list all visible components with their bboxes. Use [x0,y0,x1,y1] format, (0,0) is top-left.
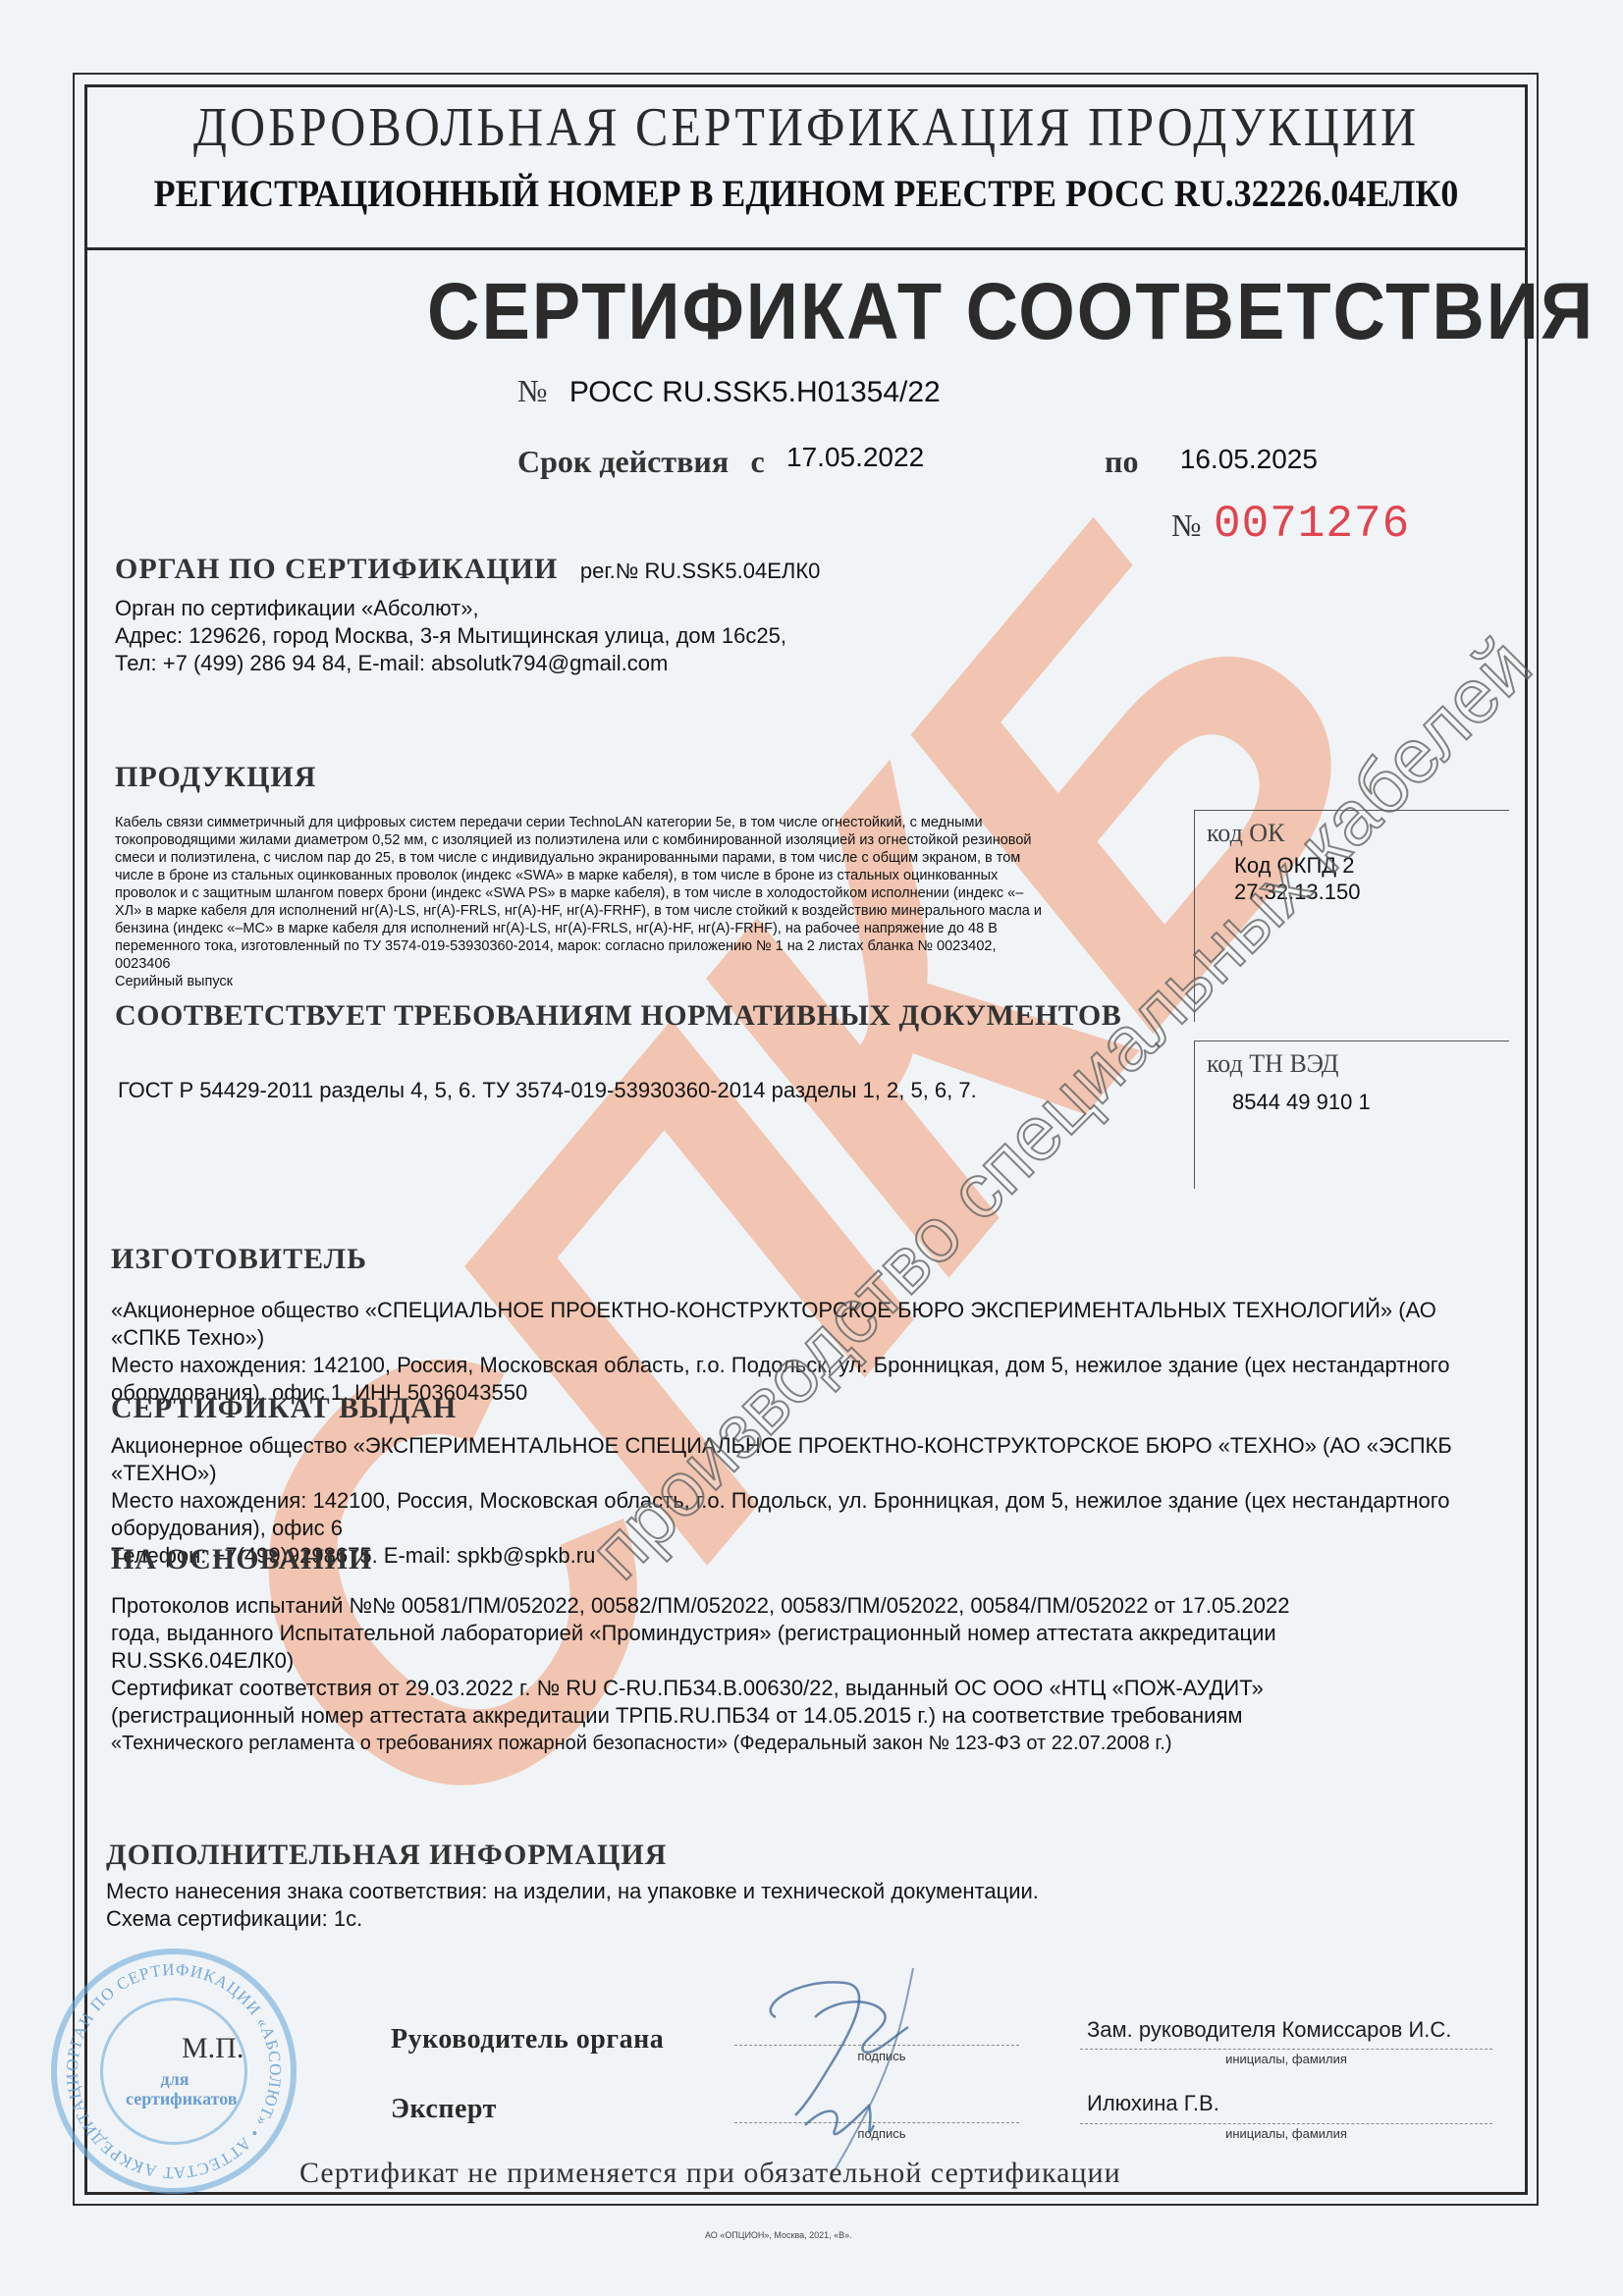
blank-number-sign: № [1171,507,1202,543]
validity-row: Срок действия с 17.05.2022 [517,444,924,480]
manufacturer-details: «Акционерное общество «СПЕЦИАЛЬНОЕ ПРОЕК… [111,1297,1505,1407]
header-divider [84,247,1528,250]
product-line: бензина (индекс «–МС» в марке кабеля для… [115,920,1195,937]
product-line: смеси и полиэтилена, с числом пар до 25,… [115,849,1195,867]
okpd2-value: 27.32.13.150 [1234,879,1509,905]
certification-body-section: ОРГАН ПО СЕРТИФИКАЦИИ рег.№ RU.SSK5.04ЕЛ… [115,553,820,586]
product-heading: ПРОДУКЦИЯ [115,761,316,794]
expert-name-caption: инициалы, фамилия [1178,2126,1394,2141]
product-line: проволок и с защитным шлангом поверх бро… [115,884,1195,902]
certification-body-details: Орган по сертификации «Абсолют», Адрес: … [115,595,786,677]
validity-to-label: по [1105,444,1138,479]
ok-code-caption: код ОК [1207,819,1509,848]
signature-scribble-icon [736,1958,992,2184]
expert-label: Эксперт [391,2094,497,2125]
issued-to-line: Место нахождения: 142100, Россия, Москов… [111,1487,1525,1515]
additional-info-line: Место нанесения знака соответствия: на и… [106,1878,1039,1905]
head-of-body-label: Руководитель органа [391,2024,664,2056]
head-name-line [1080,2049,1492,2050]
certification-body-heading: ОРГАН ПО СЕРТИФИКАЦИИ [115,553,558,585]
validity-label: Срок действия [517,444,729,479]
basis-line: (регистрационный номер аттестата аккреди… [111,1702,1505,1730]
validity-to: по 16.05.2025 [1105,444,1318,480]
conformity-heading: СООТВЕТСТВУЕТ ТРЕБОВАНИЯМ НОРМАТИВНЫХ ДО… [115,999,1121,1033]
tnved-caption: код ТН ВЭД [1207,1049,1509,1079]
valid-to-date: 16.05.2025 [1180,444,1318,474]
tnved-code-box: код ТН ВЭД 8544 49 910 1 [1194,1041,1509,1189]
certification-body-contacts: Тел: +7 (499) 286 94 84, E-mail: absolut… [115,650,786,677]
manufacturer-line: Место нахождения: 142100, Россия, Москов… [111,1352,1505,1379]
certification-body-reg-number: рег.№ RU.SSK5.04ЕЛК0 [580,559,821,583]
voluntary-certification-heading: ДОБРОВОЛЬНАЯ СЕРТИФИКАЦИЯ ПРОДУКЦИИ [84,95,1528,159]
expert-name: Илюхина Г.В. [1087,2091,1219,2116]
release-type: Серийный выпуск [115,973,1195,990]
manufacturer-line: «Акционерное общество «СПЕЦИАЛЬНОЕ ПРОЕК… [111,1297,1505,1324]
product-line: переменного тока, изготовленный по ТУ 35… [115,937,1195,955]
issued-to-heading: СЕРТИФИКАТ ВЫДАН [111,1392,457,1425]
basis-line: года, выданного Испытательной лаборатори… [111,1620,1505,1647]
printer-imprint: АО «ОПЦИОН», Москва, 2021, «В». [705,2230,852,2240]
expert-name-line [1080,2123,1492,2124]
tnved-value: 8544 49 910 1 [1232,1089,1509,1115]
certification-body-address: Адрес: 129626, город Москва, 3-я Мытищин… [115,622,786,650]
product-description: Кабель связи симметричный для цифровых с… [115,814,1195,990]
product-line: 0023406 [115,955,1195,973]
product-line: Кабель связи симметричный для цифровых с… [115,814,1195,831]
additional-info-heading: ДОПОЛНИТЕЛЬНАЯ ИНФОРМАЦИЯ [106,1839,667,1872]
blank-number-row: № 0071276 [1171,499,1410,550]
conformity-documents: ГОСТ Р 54429-2011 разделы 4, 5, 6. ТУ 35… [118,1077,977,1104]
certification-body-name: Орган по сертификации «Абсолют», [115,595,786,622]
basis-line: Сертификат соответствия от 29.03.2022 г.… [111,1675,1505,1702]
voluntary-only-note: Сертификат не применяется при обязательн… [299,2157,1121,2190]
stamp-place-label: М.П. [182,2032,243,2065]
certificate-number-row: № РОСС RU.SSK5.Н01354/22 [517,373,941,409]
manufacturer-line: «СПКБ Техно») [111,1324,1505,1352]
basis-heading: НА ОСНОВАНИИ [111,1543,372,1576]
svg-text:ОРГАН ПО СЕРТИФИКАЦИИ «АБСОЛЮТ: ОРГАН ПО СЕРТИФИКАЦИИ «АБСОЛЮТ» • АТТЕСТ… [51,1949,285,2182]
product-line: числе в броне из стальных оцинкованных п… [115,867,1195,884]
additional-info-details: Место нанесения знака соответствия: на и… [106,1878,1039,1933]
number-sign: № [517,373,548,408]
head-name: Зам. руководителя Комиссаров И.С. [1087,2017,1451,2043]
issued-to-line: Акционерное общество «ЭКСПЕРИМЕНТАЛЬНОЕ … [111,1432,1525,1460]
ok-code-box: код ОК Код ОКПД 2 27.32.13.150 [1194,810,1509,1022]
certificate-title: СЕРТИФИКАТ СООТВЕТСТВИЯ [427,265,1595,357]
basis-details: Протоколов испытаний №№ 00581/ПМ/052022,… [111,1592,1505,1757]
product-line: ХЛ» в марке кабеля для исполнений нг(А)-… [115,902,1195,920]
okpd2-label: Код ОКПД 2 [1234,852,1509,879]
manufacturer-heading: ИЗГОТОВИТЕЛЬ [111,1243,367,1276]
basis-line: «Технического регламента о требованиях п… [111,1730,1505,1757]
additional-info-line: Схема сертификации: 1с. [106,1905,1039,1933]
blank-number: 0071276 [1214,499,1410,550]
valid-from-date: 17.05.2022 [786,442,924,472]
issued-to-line: «ТЕХНО») [111,1460,1525,1487]
certificate-number: РОСС RU.SSK5.Н01354/22 [569,376,941,408]
basis-line: Протоколов испытаний №№ 00581/ПМ/052022,… [111,1592,1505,1620]
product-line: токопроводящими жилами диаметром 0,52 мм… [115,831,1195,849]
registry-number-heading: РЕГИСТРАЦИОННЫЙ НОМЕР В ЕДИНОМ РЕЕСТРЕ Р… [142,172,1470,216]
basis-line: RU.SSK6.04ЕЛК0) [111,1647,1505,1675]
validity-from-label: с [750,444,764,479]
issued-to-line: оборудования), офис 6 [111,1515,1525,1542]
head-name-caption: инициалы, фамилия [1178,2052,1394,2066]
stamp-center-text: для сертификатов [126,2069,224,2109]
